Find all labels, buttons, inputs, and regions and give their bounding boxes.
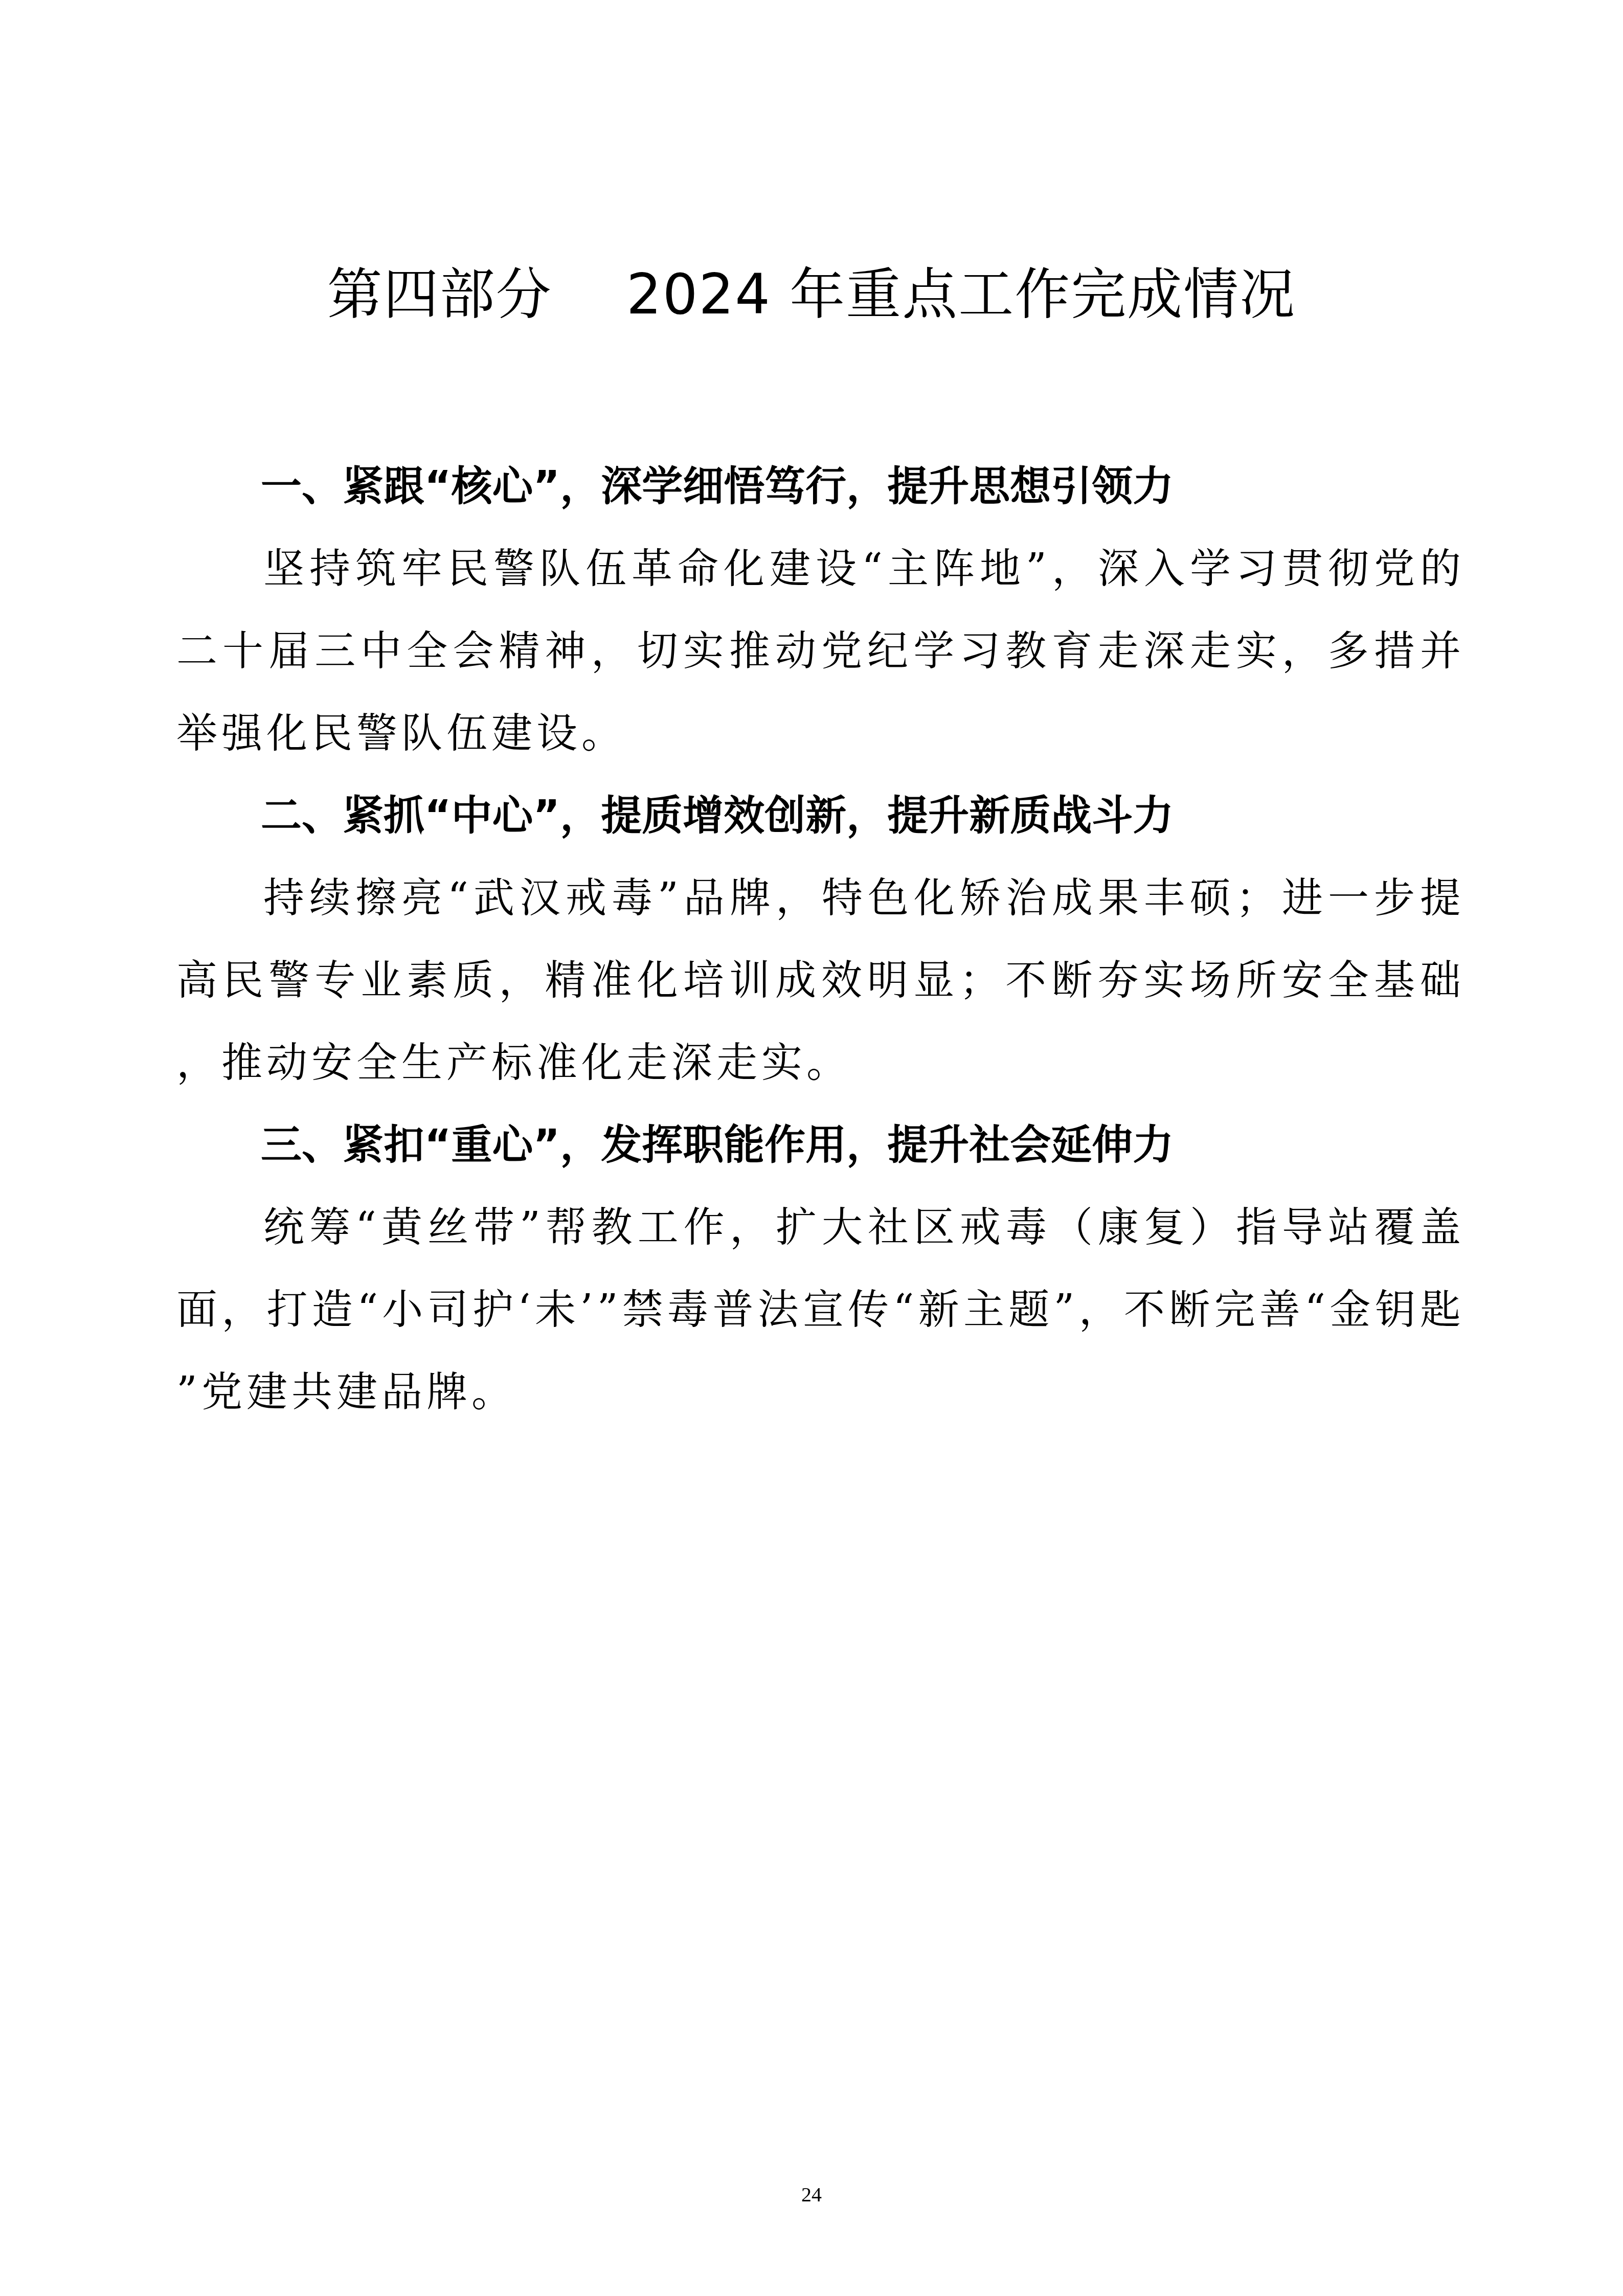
section-heading: 一、紧跟“核心”，深学细悟笃行，提升思想引领力 bbox=[176, 445, 1465, 527]
section-paragraph: 持续擦亮“武汉戒毒”品牌，特色化矫治成果丰硕；进一步提高民警专业素质，精准化培训… bbox=[176, 857, 1465, 1104]
section-1: 一、紧跟“核心”，深学细悟笃行，提升思想引领力 坚持筑牢民警队伍革命化建设“主阵… bbox=[176, 445, 1465, 774]
page-number: 24 bbox=[0, 2179, 1623, 2210]
section-3: 三、紧扣“重心”，发挥职能作用，提升社会延伸力 统筹“黄丝带”帮教工作，扩大社区… bbox=[176, 1104, 1465, 1433]
section-paragraph: 坚持筑牢民警队伍革命化建设“主阵地”，深入学习贯彻党的二十届三中全会精神，切实推… bbox=[176, 527, 1465, 774]
section-heading: 二、紧抓“中心”，提质增效创新，提升新质战斗力 bbox=[176, 774, 1465, 857]
document-page: 第四部分 2024 年重点工作完成情况 一、紧跟“核心”，深学细悟笃行，提升思想… bbox=[0, 0, 1623, 2296]
section-2: 二、紧抓“中心”，提质增效创新，提升新质战斗力 持续擦亮“武汉戒毒”品牌，特色化… bbox=[176, 774, 1465, 1104]
section-paragraph: 统筹“黄丝带”帮教工作，扩大社区戒毒（康复）指导站覆盖面，打造“小司护‘未’”禁… bbox=[176, 1186, 1465, 1433]
document-body: 一、紧跟“核心”，深学细悟笃行，提升思想引领力 坚持筑牢民警队伍革命化建设“主阵… bbox=[176, 445, 1465, 1433]
page-title: 第四部分 2024 年重点工作完成情况 bbox=[0, 257, 1623, 333]
section-heading: 三、紧扣“重心”，发挥职能作用，提升社会延伸力 bbox=[176, 1104, 1465, 1186]
